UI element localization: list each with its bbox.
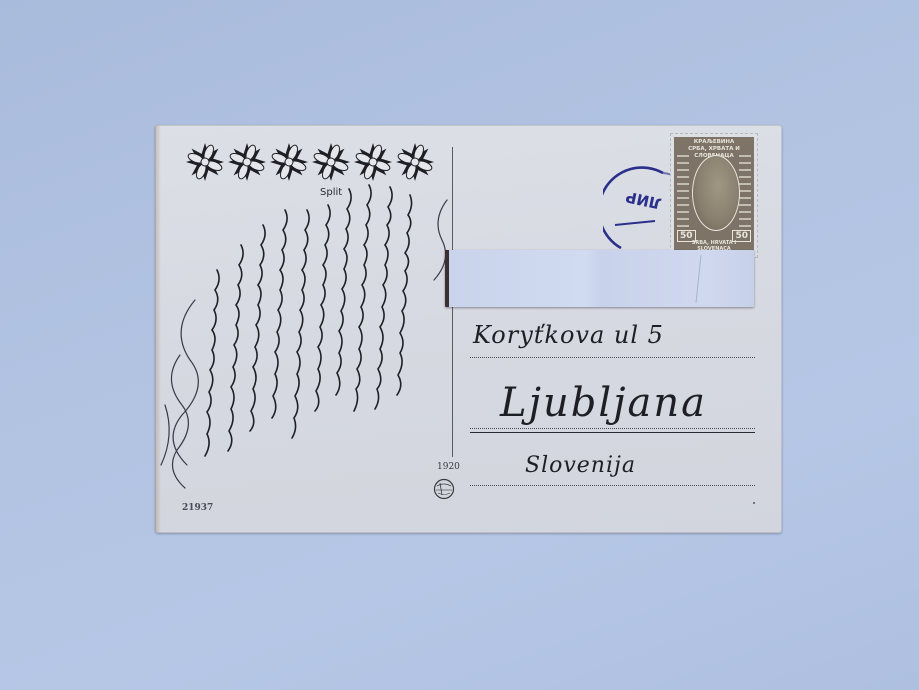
edelweiss-flower-icon: [185, 142, 225, 182]
svg-text:ЛИР: ЛИР: [624, 188, 663, 213]
year-label: 1920: [437, 462, 460, 472]
series-title: Split: [320, 187, 342, 198]
postcard: Split 1920 21937: [155, 125, 782, 533]
edelweiss-flower-icon: [269, 142, 309, 182]
address-street: Koryťkova ul 5: [473, 321, 664, 349]
edelweiss-flower-icon: [227, 142, 267, 182]
edelweiss-flower-icon: [311, 142, 351, 182]
dust-speck: [753, 502, 755, 504]
card-number: 21937: [182, 503, 213, 513]
address-city: Ljubljana: [500, 380, 707, 426]
publisher-logo-icon: [433, 478, 455, 500]
postage-stamp: КРАЉЕВИНА СРБА, ХРВАТА И СЛОВЕНАЦА 50 50…: [670, 133, 758, 258]
stamp-face: КРАЉЕВИНА СРБА, ХРВАТА И СЛОВЕНАЦА 50 50…: [674, 137, 754, 254]
address-country: Slovenija: [525, 453, 636, 478]
address-line-1: [470, 357, 755, 358]
stamp-ornament-left: [677, 155, 689, 227]
decorative-flower-row: [185, 142, 435, 182]
redaction-label: [445, 250, 754, 307]
stamp-ornament-right: [739, 155, 751, 227]
stamp-portrait-icon: [692, 155, 740, 231]
address-line-2: [470, 432, 755, 433]
address-line-2-dotted: [470, 428, 755, 429]
edelweiss-flower-icon: [353, 142, 393, 182]
edelweiss-flower-icon: [395, 142, 435, 182]
address-line-3: [470, 485, 755, 486]
